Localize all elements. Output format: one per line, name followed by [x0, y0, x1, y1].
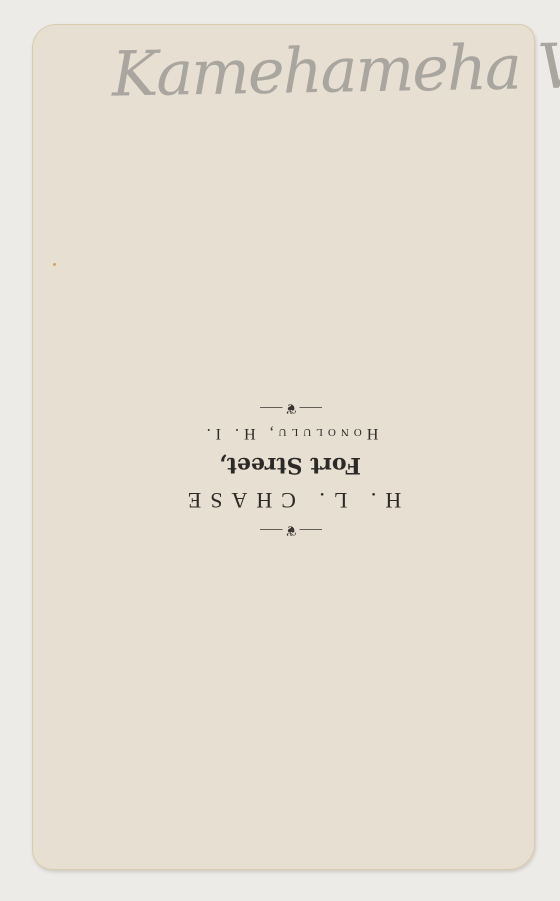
studio-street: Fort Street, — [160, 448, 420, 482]
stain-speck — [53, 263, 56, 266]
ornament-bottom: ⸺❦⸺ — [160, 396, 420, 418]
pencil-inscription: Kamehameha V — [111, 30, 523, 127]
photographer-name: H. L. CHASE — [160, 482, 420, 518]
photographer-imprint: ⸺❦⸺ H. L. CHASE Fort Street, Honolulu, H… — [160, 360, 420, 540]
studio-city: Honolulu, H. I. — [160, 418, 420, 448]
ornament-top: ⸺❦⸺ — [160, 518, 420, 540]
